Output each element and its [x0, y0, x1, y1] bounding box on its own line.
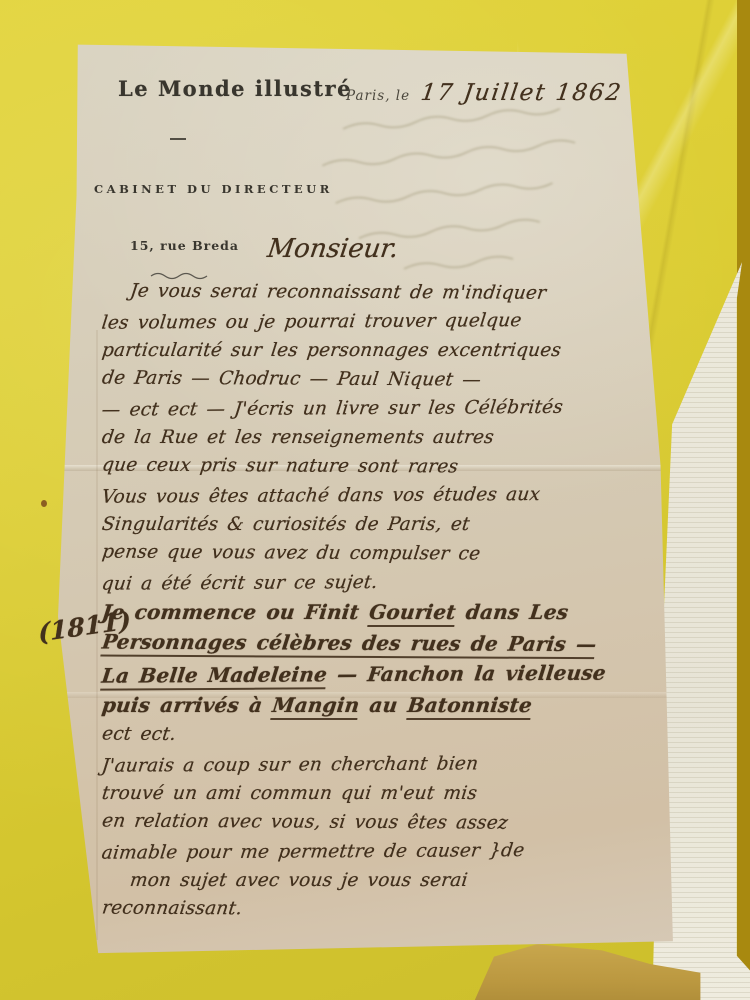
handwritten-segment: aimable pour me permettre de causer }de: [101, 840, 526, 864]
letter-paper: Le Monde illustré CABINET DU DIRECTEUR 1…: [58, 40, 676, 955]
letter-body: Monsieur. Je vous serai reconnaissant de…: [102, 234, 654, 924]
handwritten-line: Je vous serai reconnaissant de m'indique…: [128, 277, 655, 309]
handwritten-segment: puis arrivés à: [101, 693, 274, 717]
handwritten-segment: — Fanchon la vielleuse: [326, 661, 608, 687]
handwritten-segment: Je commence ou Finit: [101, 600, 371, 624]
handwritten-line: ect ect.: [100, 720, 655, 752]
handwritten-segment: Batonniste: [406, 693, 534, 720]
handwritten-segment: particularité sur les personnages excent…: [101, 340, 563, 361]
handwritten-segment: Personnages célèbres des rues de Paris —: [100, 630, 598, 660]
handwritten-line: La Belle Madeleine — Fanchon la vielleus…: [100, 657, 656, 691]
handwritten-line: Personnages célèbres des rues de Paris —: [100, 627, 656, 661]
handwritten-segment: les volumes ou je pourrai trouver quelqu…: [101, 310, 523, 334]
handwritten-segment: J'aurais a coup sur en cherchant bien: [101, 753, 480, 776]
handwritten-segment: de la Rue et les renseignements autres: [101, 427, 496, 448]
dirt-speck: [41, 500, 47, 507]
handwritten-segment: pense que vous avez du compulser ce: [101, 542, 482, 565]
handwritten-segment: au: [358, 693, 409, 717]
printed-date-label: Paris, le: [346, 88, 410, 104]
handwritten-line: aimable pour me permettre de causer }de: [100, 835, 656, 867]
handwritten-segment: de Paris — Chodruc — Paul Niquet —: [101, 368, 483, 391]
handwritten-line: trouvé un ami commun qui m'eut mis: [100, 779, 656, 808]
handwritten-segment: Vous vous êtes attaché dans vos études a…: [101, 484, 542, 508]
handwritten-segment: Gouriet: [368, 600, 458, 627]
handwritten-line: que ceux pris sur nature sont rares: [100, 451, 655, 483]
handwritten-line: Je commence ou Finit Gouriet dans Les: [100, 597, 656, 628]
handwritten-segment: La Belle Madeleine: [100, 662, 328, 690]
handwritten-segment: ect ect.: [101, 724, 177, 745]
letterhead-department: CABINET DU DIRECTEUR: [94, 182, 333, 196]
photo-scene: Le Monde illustré CABINET DU DIRECTEUR 1…: [0, 0, 750, 1000]
handwritten-segment: reconnaissant.: [101, 898, 244, 920]
handwritten-line: J'aurais a coup sur en cherchant bien: [100, 748, 656, 780]
handwritten-line: de la Rue et les renseignements autres: [100, 423, 656, 452]
handwritten-line: mon sujet avec vous je vous serai: [128, 866, 656, 895]
handwritten-line: particularité sur les personnages excent…: [100, 336, 656, 365]
handwritten-segment: — ect ect — J'écris un livre sur les Cél…: [101, 397, 565, 421]
salutation: Monsieur.: [100, 234, 566, 264]
handwritten-segment: Mangin: [271, 693, 361, 720]
handwritten-segment: en relation avec vous, si vous êtes asse…: [101, 811, 509, 834]
letterhead-brand: Le Monde illustré: [118, 76, 352, 101]
handwritten-line: Singularités & curiosités de Paris, et: [100, 510, 656, 539]
handwritten-segment: qui a été écrit sur ce sujet.: [101, 572, 379, 595]
handwritten-line: les volumes ou je pourrai trouver quelqu…: [100, 305, 656, 337]
letterhead-divider: [170, 138, 186, 140]
handwritten-line: — ect ect — J'écris un livre sur les Cél…: [100, 392, 656, 424]
handwritten-segment: dans Les: [454, 600, 569, 624]
handwritten-segment: trouvé un ami commun qui m'eut mis: [101, 783, 479, 804]
handwritten-line: Vous vous êtes attaché dans vos études a…: [100, 479, 656, 511]
handwritten-segment: mon sujet avec vous je vous serai: [129, 870, 469, 891]
handwritten-line: reconnaissant.: [100, 894, 655, 926]
handwritten-line: puis arrivés à Mangin au Batonniste: [100, 690, 656, 721]
handwritten-line: pense que vous avez du compulser ce: [100, 538, 655, 570]
handwritten-line: qui a été écrit sur ce sujet.: [100, 566, 656, 598]
handwritten-segment: Je vous serai reconnaissant de m'indique…: [129, 281, 548, 304]
handwritten-line: de Paris — Chodruc — Paul Niquet —: [100, 364, 655, 396]
handwritten-segment: que ceux pris sur nature sont rares: [101, 455, 460, 478]
handwritten-line: en relation avec vous, si vous êtes asse…: [100, 807, 655, 839]
handwritten-segment: Singularités & curiosités de Paris, et: [101, 514, 471, 535]
